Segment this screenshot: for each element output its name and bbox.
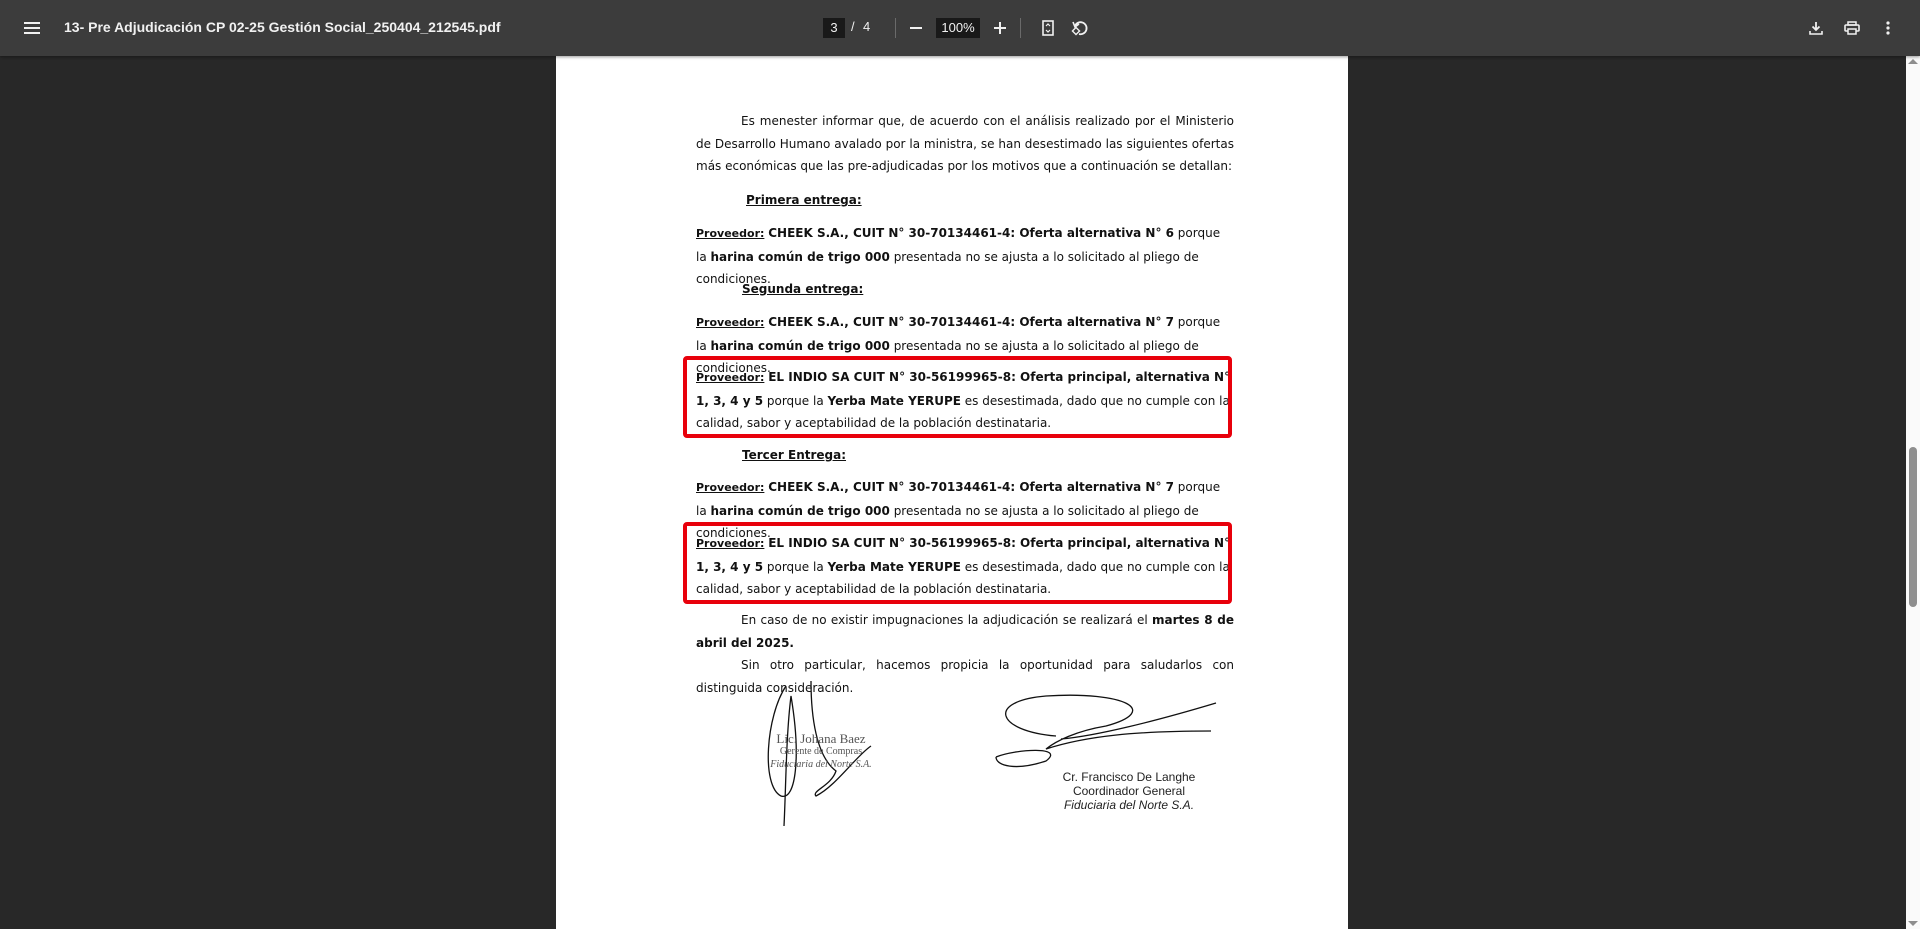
download-button[interactable] [1802,14,1830,42]
section-heading: Segunda entrega: [696,278,1234,301]
vertical-scrollbar[interactable] [1906,56,1920,929]
total-pages: 4 [863,19,870,34]
provider-entry-highlighted: Proveedor: EL INDIO SA CUIT N° 30-561999… [696,532,1234,601]
zoom-out-button[interactable] [902,14,930,42]
scroll-up-arrow-icon[interactable] [1908,59,1918,64]
document-body: Es menester informar que, de acuerdo con… [696,110,1234,178]
pdf-viewport[interactable]: Es menester informar que, de acuerdo con… [0,56,1920,929]
rotate-counterclockwise-icon [1071,19,1089,37]
rotate-button[interactable] [1066,14,1094,42]
intro-paragraph: Es menester informar que, de acuerdo con… [696,110,1234,178]
closing-paragraph: En caso de no existir impugnaciones la a… [696,609,1234,654]
scrollbar-thumb[interactable] [1909,447,1917,607]
plus-icon [994,22,1006,34]
fit-to-page-icon [1042,20,1054,36]
red-highlight-box [683,522,1232,604]
zoom-in-button[interactable] [986,14,1014,42]
red-highlight-box [683,356,1232,438]
pdf-toolbar: 13- Pre Adjudicación CP 02-25 Gestión So… [0,0,1920,56]
page-separator: / [851,19,855,34]
section-heading: Primera entrega: [696,189,1234,212]
toolbar-divider [895,18,896,38]
document-title: 13- Pre Adjudicación CP 02-25 Gestión So… [64,19,501,35]
signature-scribble-delanghe [986,691,1226,781]
print-button[interactable] [1838,14,1866,42]
pdf-page: Es menester informar que, de acuerdo con… [556,56,1348,929]
zoom-level-input[interactable]: 100% [936,18,980,38]
signature-block-delanghe: Cr. Francisco De Langhe Coordinador Gene… [1034,770,1224,812]
minus-icon [910,22,922,34]
current-page-input[interactable]: 3 [823,18,845,38]
signature-block-baez: Lic. Johana Baez Gerente de Compras Fidu… [741,732,901,771]
hamburger-menu-icon[interactable] [18,14,46,42]
more-vertical-icon [1886,21,1890,35]
toolbar-divider [1020,18,1021,38]
fit-to-page-button[interactable] [1034,14,1062,42]
provider-entry-highlighted: Proveedor: EL INDIO SA CUIT N° 30-561999… [696,366,1234,435]
download-icon [1809,21,1823,35]
section-heading: Tercer Entrega: [696,444,1234,467]
print-icon [1844,21,1860,35]
scroll-down-arrow-icon[interactable] [1908,921,1918,926]
more-options-button[interactable] [1874,14,1902,42]
